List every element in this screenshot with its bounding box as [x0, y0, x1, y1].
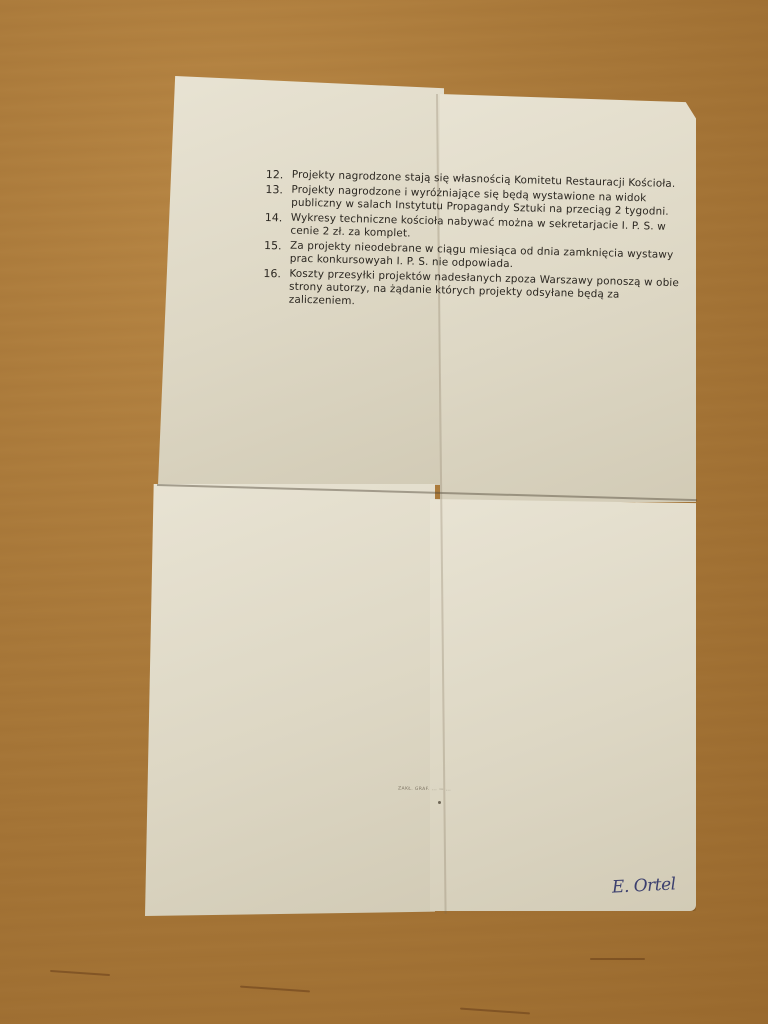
- rule-number: 15.: [264, 239, 291, 266]
- paper-sheet: [0, 0, 768, 1024]
- printer-imprint: ZAKŁ. GRAF. ... — ...: [398, 787, 451, 793]
- horizontal-fold: [157, 484, 697, 501]
- rule-number: 14.: [264, 211, 291, 238]
- wood-grain-streak: [590, 958, 645, 960]
- handwritten-signature: E. Ortel: [612, 874, 677, 897]
- sheet-quadrant-bottom-left: [145, 484, 435, 916]
- rule-number: 16.: [263, 267, 290, 307]
- rule-text: Koszty przesyłki projektów nadesłanych z…: [289, 268, 684, 317]
- wood-grain-streak: [50, 970, 110, 976]
- rule-number: 12.: [266, 168, 292, 182]
- imprint-dot: [438, 801, 441, 804]
- wood-grain-streak: [240, 986, 310, 993]
- rule-number: 13.: [265, 183, 292, 210]
- sheet-quadrant-bottom-right: [430, 499, 696, 911]
- rules-list: 12. Projekty nagrodzone stają się własno…: [263, 168, 686, 318]
- wood-grain-streak: [460, 1008, 530, 1015]
- rule-item: 16. Koszty przesyłki projektów nadesłany…: [263, 267, 684, 316]
